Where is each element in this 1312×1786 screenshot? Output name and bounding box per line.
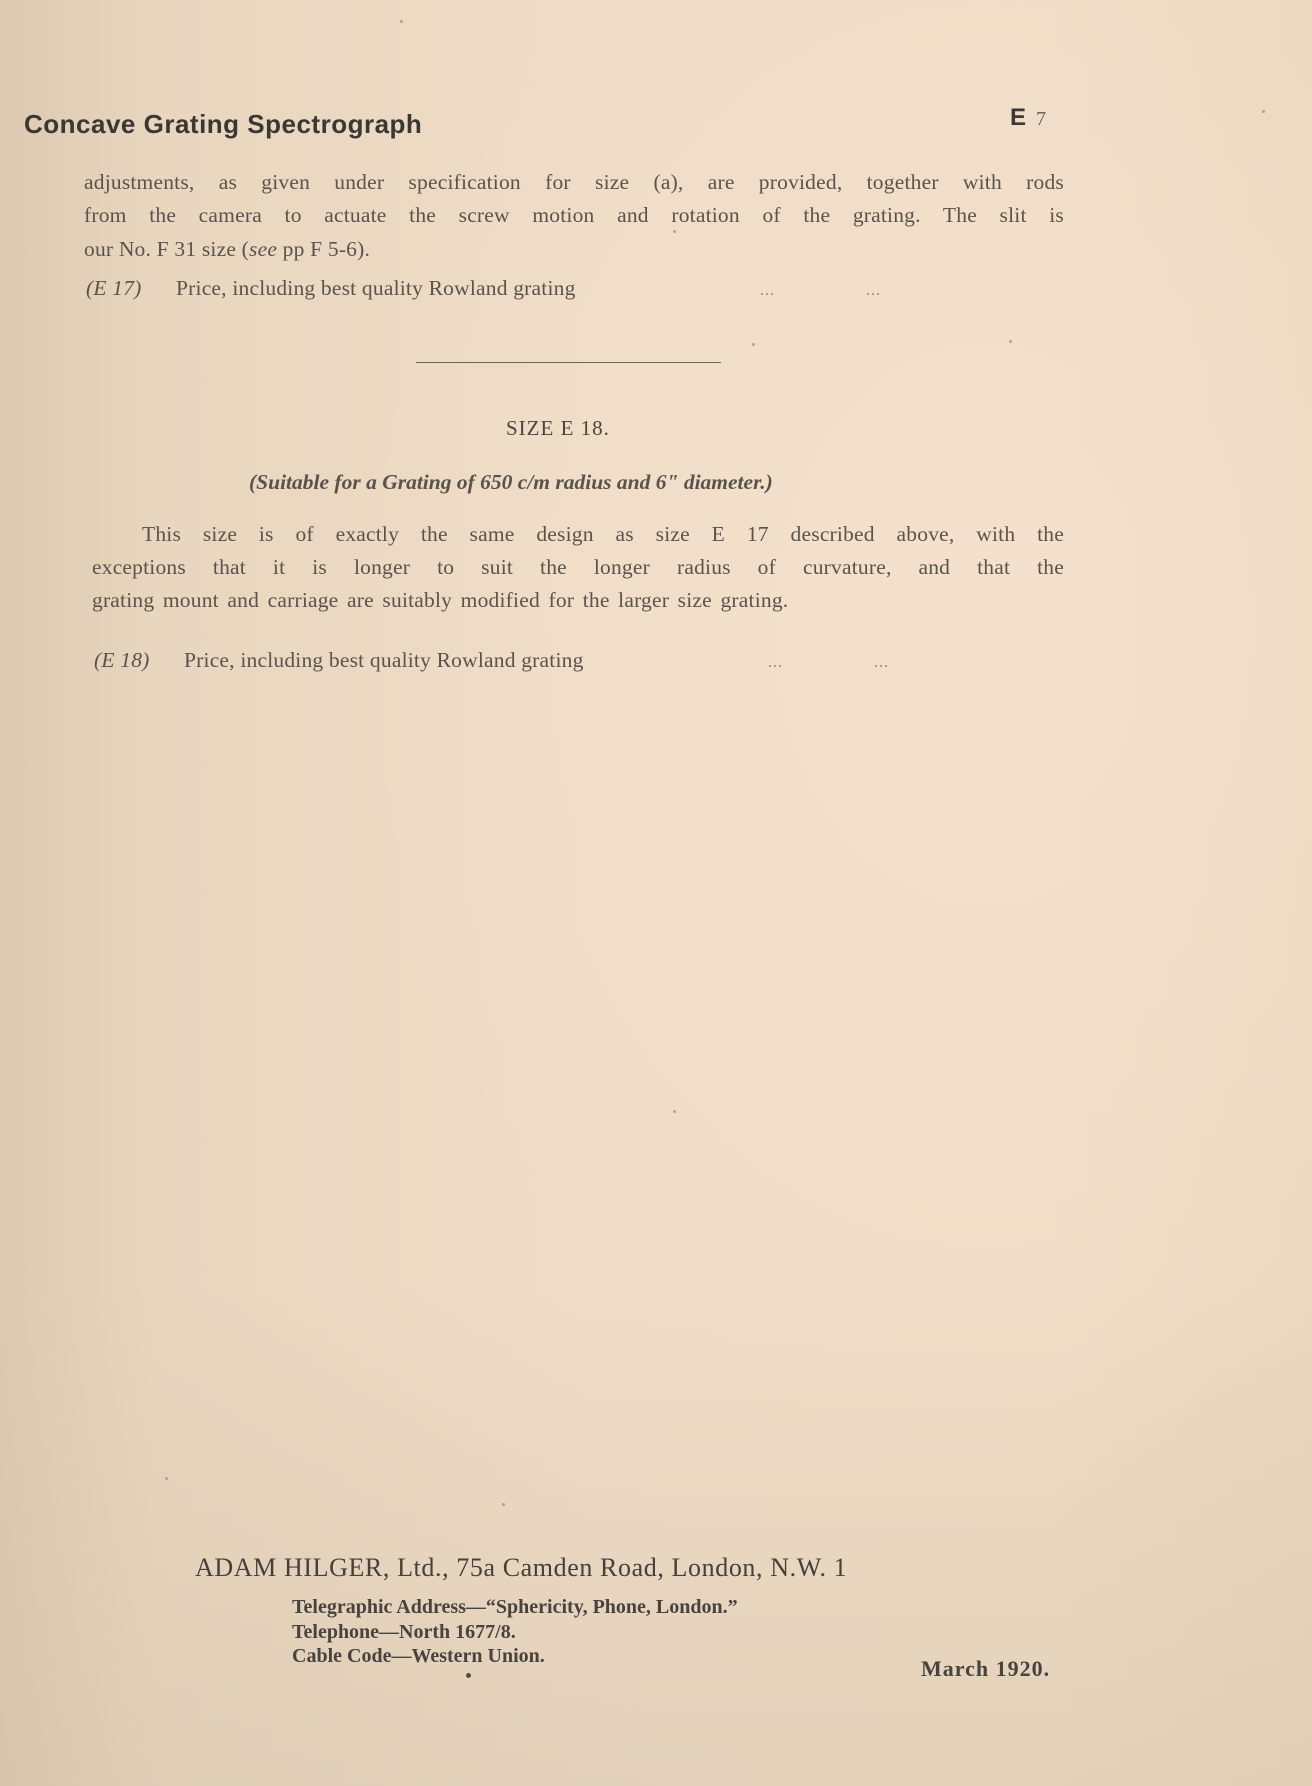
page-number-value: 7 <box>1036 108 1046 130</box>
footer-telephone: Telephone—North 1677/8. <box>292 1621 516 1644</box>
intro-line-1: adjustments, as given under specificatio… <box>84 170 1064 195</box>
paper-speck <box>1262 110 1265 113</box>
price-label-e18: Price, including best quality Rowland gr… <box>184 648 584 673</box>
intro-line-3-prefix: our No. F 31 size ( <box>84 237 249 261</box>
price-code-e17: (E 17) <box>86 276 142 301</box>
e18-line-2: exceptions that it is longer to suit the… <box>92 555 1064 580</box>
price-code-e18: (E 18) <box>94 648 150 673</box>
page-number: E7 <box>1010 104 1046 132</box>
footer-company-address: ADAM HILGER, Ltd., 75a Camden Road, Lond… <box>195 1553 847 1583</box>
paper-speck <box>673 230 676 233</box>
section-divider <box>416 362 721 363</box>
price-leader-e17-1: ... <box>760 282 775 300</box>
paper-speck <box>673 1110 676 1113</box>
price-label-e17: Price, including best quality Rowland gr… <box>176 276 576 301</box>
footer-date: March 1920. <box>921 1656 1050 1682</box>
intro-line-2: from the camera to actuate the screw mot… <box>84 203 1064 228</box>
section-subtitle-e18: (Suitable for a Grating of 650 c/m radiu… <box>249 470 773 495</box>
e18-line-3: grating mount and carriage are suitably … <box>92 588 788 613</box>
footer-cable-code: Cable Code—Western Union. <box>292 1645 545 1668</box>
section-heading-e18: SIZE E 18. <box>506 416 610 441</box>
paper-speck <box>400 20 403 23</box>
paper-speck <box>1009 340 1012 343</box>
intro-line-3-suffix: pp F 5-6). <box>277 237 370 261</box>
paper-speck <box>502 1503 505 1506</box>
e18-line-1: This size is of exactly the same design … <box>142 522 1064 547</box>
footer-telegraphic-address: Telegraphic Address—“Sphericity, Phone, … <box>292 1596 738 1619</box>
price-leader-e17-2: ... <box>866 282 881 300</box>
paper-speck <box>165 1477 168 1480</box>
paper-speck <box>752 343 755 346</box>
page-title: Concave Grating Spectrograph <box>24 109 422 140</box>
price-leader-e18-2: ... <box>874 654 889 672</box>
paper-shading <box>0 1286 1312 1786</box>
intro-line-3: our No. F 31 size (see pp F 5-6). <box>84 237 370 262</box>
page-section-letter: E <box>1010 104 1026 131</box>
intro-line-3-italic: see <box>249 237 277 261</box>
price-leader-e18-1: ... <box>768 654 783 672</box>
paper-speck <box>466 1673 471 1678</box>
